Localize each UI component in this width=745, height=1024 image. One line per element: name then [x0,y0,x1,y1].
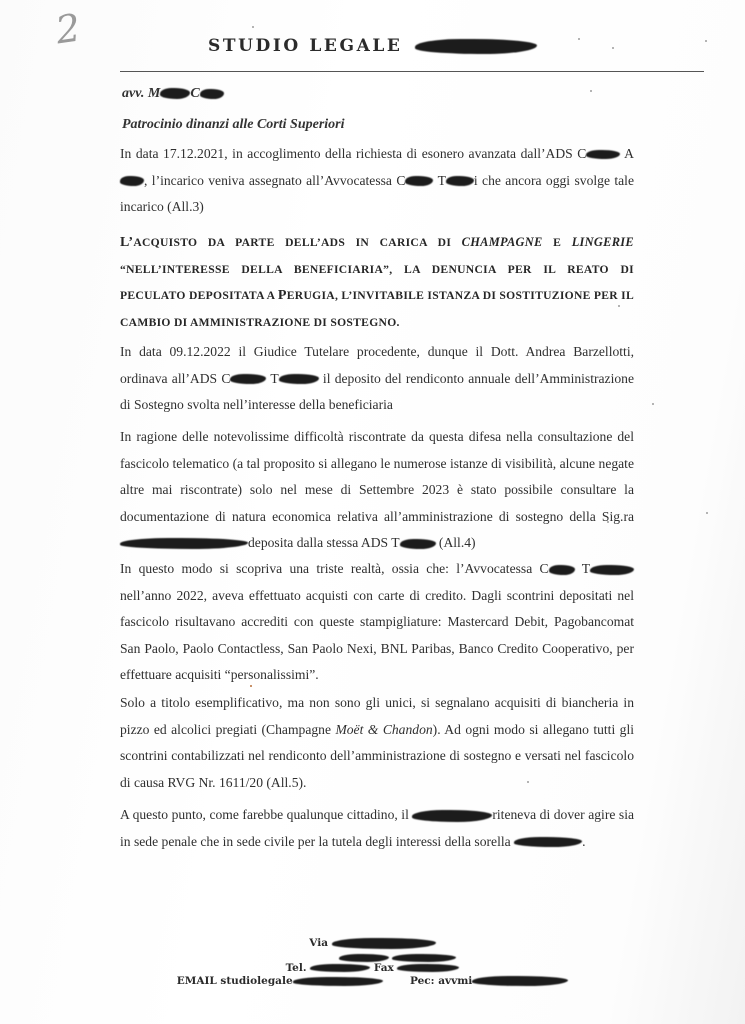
scan-speck [652,403,654,405]
scan-speck [706,512,708,514]
footer-address: Via [0,937,745,949]
brand-name: Moët & Chandon [335,722,432,737]
practice-subtitle: Patrocinio dinanzi alle Corti Superiori [122,117,345,133]
redaction-mark [446,176,474,186]
redaction-mark [332,938,436,949]
redaction-mark [230,374,266,384]
scan-speck [590,90,592,92]
paragraph-2: In data 09.12.2022 il Giudice Tutelare p… [120,339,634,419]
redaction-mark [200,89,224,99]
redaction-mark [160,88,190,99]
letterhead: STUDIO LEGALE [0,36,745,56]
redaction-mark [120,538,248,549]
scan-speck [527,781,529,783]
redaction-mark [279,374,319,384]
redaction-mark [405,176,433,186]
scan-speck [252,26,254,28]
letterhead-title: STUDIO LEGALE [208,36,403,56]
scan-speck [705,40,707,42]
scan-speck [618,305,620,307]
redaction-mark [310,964,370,972]
scanned-document-page: 2 STUDIO LEGALE avv. MC Patrocinio dinan… [0,0,745,1024]
paragraph-5: Solo a titolo esemplificativo, ma non so… [120,690,634,796]
redaction-mark [415,39,537,54]
paragraph-4: In questo modo si scopriva una triste re… [120,556,634,689]
redaction-mark [590,565,634,575]
paragraph-1: In data 17.12.2021, in accoglimento dell… [120,141,634,221]
lawyer-name: avv. MC [122,86,224,102]
redaction-mark [400,539,436,549]
redaction-mark [549,565,575,575]
footer-email: EMAIL studiolegale Pec: avvmi [0,975,745,987]
redaction-mark [514,837,582,847]
redaction-mark [586,150,620,159]
redaction-mark [293,977,383,986]
header-divider [120,71,704,72]
scan-speck [612,47,614,49]
footer-phone: Tel. Fax [0,962,745,974]
scan-speck [578,38,580,40]
scan-speck [250,685,252,687]
scan-speck [607,521,609,523]
redaction-mark [412,810,492,822]
section-heading: L’ACQUISTO DA PARTE DELL’ADS IN CARICA D… [120,229,634,336]
redaction-mark [120,176,144,186]
redaction-mark [472,976,568,986]
redaction-mark [339,954,389,962]
paragraph-3: In ragione delle notevolissime difficolt… [120,424,634,557]
paragraph-6: A questo punto, come farebbe qualunque c… [120,802,634,855]
redaction-mark [392,954,456,962]
redaction-mark [397,964,459,972]
